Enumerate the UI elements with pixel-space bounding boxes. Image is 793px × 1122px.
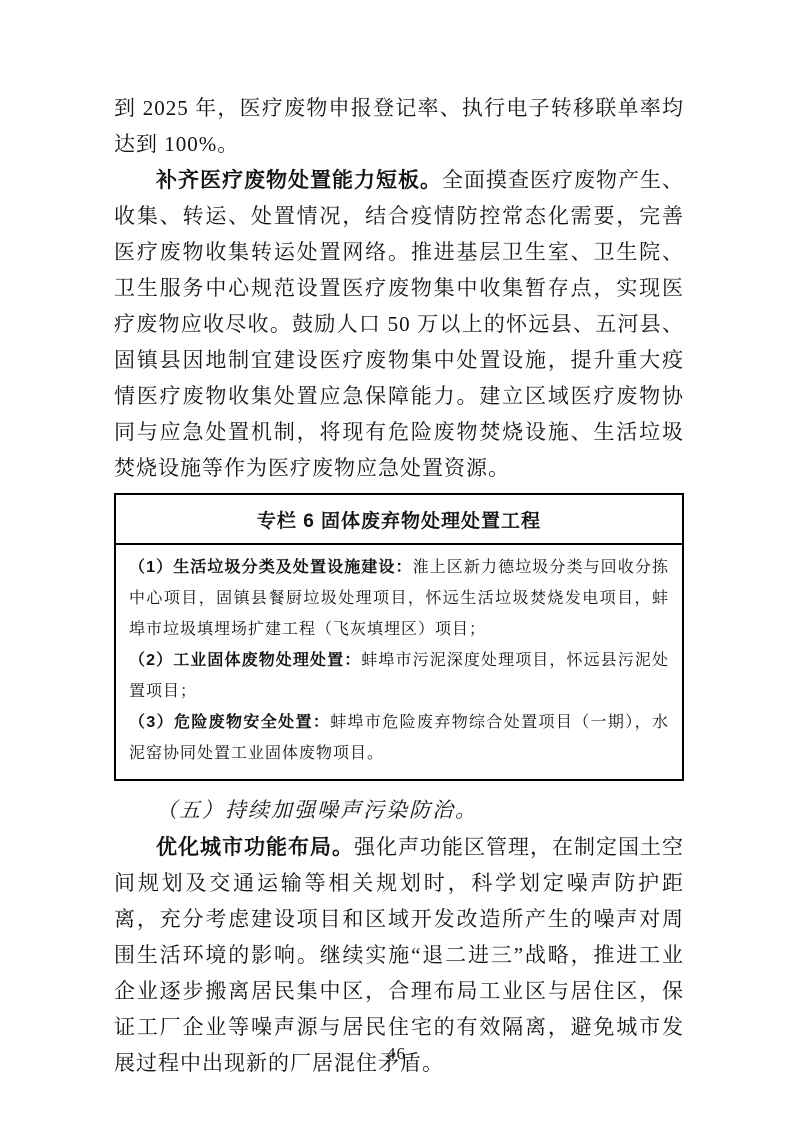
paragraph-continuation: 到 2025 年，医疗废物申报登记率、执行电子转移联单率均达到 100%。 [114, 90, 684, 162]
paragraph-text: 全面摸查医疗废物产生、收集、转运、处置情况，结合疫情防控常态化需要，完善医疗废物… [114, 168, 684, 480]
paragraph-text: 强化声功能区管理，在制定国土空间规划及交通运输等相关规划时，科学划定噪声防护距离… [114, 835, 684, 1075]
column-box-solid-waste: 专栏 6 固体废弃物处理处置工程 （1）生活垃圾分类及处置设施建设：淮上区新力德… [114, 493, 684, 781]
column-box-body: （1）生活垃圾分类及处置设施建设：淮上区新力德垃圾分类与回收分拣中心项目，固镇县… [116, 545, 682, 779]
box-item-label: （1）生活垃圾分类及处置设施建设： [129, 559, 413, 576]
paragraph-bold-lead: 补齐医疗废物处置能力短板。 [156, 168, 442, 192]
box-item-3: （3）危险废物安全处置：蚌埠市危险废弃物综合处置项目（一期），水泥窑协同处置工业… [129, 707, 669, 769]
document-page-content: 到 2025 年，医疗废物申报登记率、执行电子转移联单率均达到 100%。 补齐… [114, 90, 684, 1081]
page-number: 46 [0, 1044, 793, 1064]
column-box-title: 专栏 6 固体废弃物处理处置工程 [116, 495, 682, 545]
paragraph-text: 到 2025 年，医疗废物申报登记率、执行电子转移联单率均达到 100%。 [114, 96, 684, 156]
box-item-2: （2）工业固体废物处理处置：蚌埠市污泥深度处理项目，怀远县污泥处置项目； [129, 645, 669, 707]
section-heading-noise: （五）持续加强噪声污染防治。 [114, 791, 684, 829]
paragraph-medical-waste: 补齐医疗废物处置能力短板。全面摸查医疗废物产生、收集、转运、处置情况，结合疫情防… [114, 162, 684, 486]
box-item-1: （1）生活垃圾分类及处置设施建设：淮上区新力德垃圾分类与回收分拣中心项目，固镇县… [129, 552, 669, 645]
box-item-label: （3）危险废物安全处置： [129, 714, 330, 731]
box-item-label: （2）工业固体废物处理处置： [129, 652, 361, 669]
paragraph-bold-lead: 优化城市功能布局。 [156, 835, 354, 859]
